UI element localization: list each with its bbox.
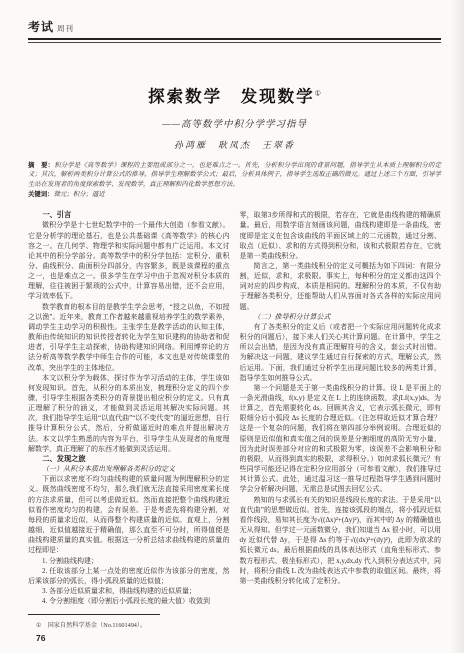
abstract-block: 摘 要：积分学是《高等数学》课程的主要组成部分之一，也是难点之一。首先，分析积分… bbox=[28, 161, 441, 189]
article-authors: 孙鸿雁 耿凤杰 王翠香 bbox=[28, 138, 441, 151]
section-heading-discovery: 二、发现之旅 bbox=[28, 454, 230, 464]
footnote-text: 国家自然科学基金（No.11601494）。 bbox=[48, 622, 147, 629]
keywords-block: 关键词：微元；积分；逼近 bbox=[28, 190, 441, 199]
article-title-text: 探索数学 发现数学 bbox=[148, 88, 315, 106]
paragraph: 有了各类积分的定义后（或者把一个实际应用问题转化成求积分的问题后），接下来人们关… bbox=[240, 322, 442, 383]
article-title: 探索数学 发现数学① bbox=[28, 83, 441, 107]
paragraph: 下面以求密度不均匀曲线构建的质量问题为例理解积分的定义。既然曲线密度不均匀，那么… bbox=[28, 474, 230, 555]
footnote: ①国家自然科学基金（No.11601494）。 bbox=[28, 620, 238, 629]
paragraph: 数学教育的根本目的是教学生学会思考，“授之以鱼，不如授之以渔”。近年来，教育工作… bbox=[28, 302, 230, 373]
journal-page: 考试 周刊 探索数学 发现数学① ——高等数学中积分学学习指导 孙鸿雁 耿凤杰 … bbox=[0, 0, 464, 653]
body-columns: 一、引言 微积分学是十七世纪数学中的一个最伟大创造（参看文献）。它是分析学的理论… bbox=[28, 210, 441, 614]
page-number: 76 bbox=[28, 633, 238, 643]
footnote-rule bbox=[28, 614, 160, 615]
paragraph: 零，取第3步所得和式的极限，若存在，它就是曲线构建的精确质量。最后，用数学语言刻… bbox=[240, 210, 442, 261]
left-column: 一、引言 微积分学是十七世纪数学中的一个最伟大创造（参看文献）。它是分析学的理论… bbox=[28, 210, 230, 614]
right-column: 零，取第3步所得和式的极限，若存在，它就是曲线构建的精确质量。最后，用数学语言刻… bbox=[240, 210, 442, 614]
paragraph: 第一个问题是关于第一类曲线积分的计算。设 L 是平面上的一条光滑曲线，f(x,y… bbox=[240, 383, 442, 495]
list-item: 1. 分割曲线构建； bbox=[28, 556, 230, 566]
keywords-label: 关键词： bbox=[28, 191, 54, 198]
keywords-text: 微元；积分；逼近 bbox=[54, 191, 105, 198]
journal-name-bold: 考试 bbox=[28, 18, 54, 35]
section-heading-introduction: 一、引言 bbox=[28, 210, 230, 220]
paragraph: 微积分学是十七世纪数学中的一个最伟大创造（参看文献）。它是分析学的理论基石，也是… bbox=[28, 220, 230, 301]
article-subtitle: ——高等数学中积分学学习指导 bbox=[28, 116, 441, 130]
abstract-label: 摘 要： bbox=[28, 162, 54, 169]
title-footnote-mark: ① bbox=[315, 91, 321, 98]
journal-name-light: 周刊 bbox=[57, 23, 74, 34]
paragraph: 熟知的与求弧长有关的知识是线段长度的求法。于是采用“以直代曲”的思想做近似。首先… bbox=[240, 495, 442, 586]
journal-masthead: 考试 周刊 bbox=[28, 18, 441, 35]
subsection-heading-formula-derivation: （二）推导积分计算公式 bbox=[240, 312, 442, 322]
page-footer: ①国家自然科学基金（No.11601494）。 76 bbox=[28, 614, 238, 643]
list-item: 2. 任取该部分上某一点处的密度近似作为该部分的密度，然后乘该部分的弧长，得小弧… bbox=[28, 566, 230, 586]
abstract-text: 积分学是《高等数学》课程的主要组成部分之一，也是难点之一。首先，分析积分学出现的… bbox=[28, 162, 441, 188]
masthead-rule bbox=[28, 38, 441, 43]
subsection-heading-definition: （一）从积分本质出发理解各类积分的定义 bbox=[28, 464, 230, 474]
footnote-mark: ① bbox=[36, 622, 42, 629]
list-item: 4. 令分割细度（即分割后小弧段长度的最大值）收敛到 bbox=[28, 596, 230, 606]
list-item: 3. 各部分近似质量求和，得曲线构建的近似质量； bbox=[28, 586, 230, 596]
paragraph: 简言之，第一类曲线积分的定义可概括为如下四词：有限分割，近似，求和，求极限。事实… bbox=[240, 261, 442, 312]
paragraph: 本文以积分学为载体，探讨作为学习活动的主体，学生该如何发现知识。首先，从积分的本… bbox=[28, 373, 230, 454]
